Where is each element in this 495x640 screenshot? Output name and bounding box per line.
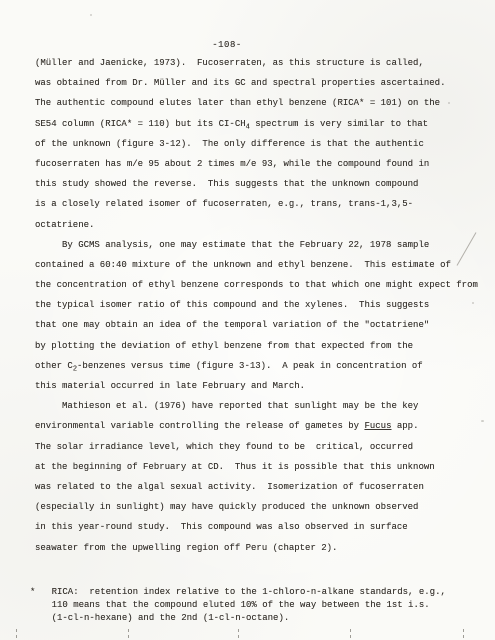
fold-mark [238,629,239,638]
footnote-line: * RICA: retention index relative to the … [30,586,490,599]
text-segment: contained a 60:40 mixture of the unknown… [35,260,451,270]
text-segment: was related to the algal sexual activity… [35,482,424,492]
body-text-line: this study showed the reverse. This sugg… [35,174,490,194]
body-text-line: the concentration of ethyl benzene corre… [35,275,490,295]
body-text-line: Mathieson et al. (1976) have reported th… [35,396,490,416]
page-number: -108- [212,40,242,50]
text-segment: * RICA: retention index relative to the … [30,587,446,597]
text-segment: that one may obtain an idea of the tempo… [35,320,429,330]
body-text-line: was obtained from Dr. Müller and its GC … [35,73,490,93]
text-segment: at the beginning of February at CD. Thus… [35,462,435,472]
body-text-line: of the unknown (figure 3-12). The only d… [35,134,490,154]
text-segment: was obtained from Dr. Müller and its GC … [35,78,445,88]
fold-mark [463,629,464,638]
text-segment: (1-cl-n-hexane) and the 2nd (1-cl-n-octa… [30,613,289,623]
body-text-line: contained a 60:40 mixture of the unknown… [35,255,490,275]
body-text-line: SE54 column (RICA* = 110) but its CI-CH4… [35,114,490,134]
body-text-line: The solar irradiance level, which they f… [35,437,490,457]
body-text-line: fucoserraten has m/e 95 about 2 times m/… [35,154,490,174]
body-text-line: at the beginning of February at CD. Thus… [35,457,490,477]
text-segment: environmental variable controlling the r… [35,421,364,431]
body-text-line: the typical isomer ratio of this compoun… [35,295,490,315]
scanned-document-page: -108- (Müller and Jaenicke, 1973). Fucos… [0,0,495,640]
footnote: * RICA: retention index relative to the … [30,586,490,625]
text-segment: Fucus [364,421,391,431]
footnote-line: 110 means that the compound eluted 10% o… [30,599,490,612]
body-text-line: octatriene. [35,215,490,235]
body-text-line: that one may obtain an idea of the tempo… [35,315,490,335]
scan-speck [90,14,92,16]
text-segment: by plotting the deviation of ethyl benze… [35,341,413,351]
text-segment: -benzenes versus time (figure 3-13). A p… [77,361,423,371]
body-text-line: (especially in sunlight) may have quickl… [35,497,490,517]
text-segment: (especially in sunlight) may have quickl… [35,502,418,512]
body-text-line: The authentic compound elutes later than… [35,93,490,113]
document-body: (Müller and Jaenicke, 1973). Fucoserrate… [35,53,490,558]
text-segment: spectrum is very similar to that [250,119,428,129]
scan-speck [448,102,450,104]
scan-speck [472,302,474,304]
text-segment: app. [391,421,418,431]
text-segment: Mathieson et al. (1976) have reported th… [35,401,418,411]
body-text-line: other C2-benzenes versus time (figure 3-… [35,356,490,376]
body-text-line: environmental variable controlling the r… [35,416,490,436]
text-segment: fucoserraten has m/e 95 about 2 times m/… [35,159,429,169]
body-text-line: in this year-round study. This compound … [35,517,490,537]
body-text-line: was related to the algal sexual activity… [35,477,490,497]
scan-speck [481,420,484,422]
text-segment: SE54 column (RICA* = 110) but its CI-CH [35,119,246,129]
text-segment: is a closely related isomer of fucoserra… [35,199,413,209]
text-segment: The authentic compound elutes later than… [35,98,440,108]
text-segment: octatriene. [35,220,94,230]
text-segment: other C [35,361,73,371]
body-text-line: by plotting the deviation of ethyl benze… [35,336,490,356]
body-text-line: (Müller and Jaenicke, 1973). Fucoserrate… [35,53,490,73]
body-text-line: this material occurred in late February … [35,376,490,396]
fold-mark [16,629,17,638]
text-segment: the concentration of ethyl benzene corre… [35,280,478,290]
text-segment: this material occurred in late February … [35,381,305,391]
body-text-line: By GCMS analysis, one may estimate that … [35,235,490,255]
text-segment: in this year-round study. This compound … [35,522,408,532]
footnote-line: (1-cl-n-hexane) and the 2nd (1-cl-n-octa… [30,612,490,625]
text-segment: seawater from the upwelling region off P… [35,543,337,553]
text-segment: The solar irradiance level, which they f… [35,442,413,452]
body-text-line: is a closely related isomer of fucoserra… [35,194,490,214]
fold-mark [350,629,351,638]
text-segment: 110 means that the compound eluted 10% o… [30,600,430,610]
body-text-line: seawater from the upwelling region off P… [35,538,490,558]
fold-mark [128,629,129,638]
text-segment: (Müller and Jaenicke, 1973). Fucoserrate… [35,58,424,68]
text-segment: By GCMS analysis, one may estimate that … [35,240,429,250]
text-segment: the typical isomer ratio of this compoun… [35,300,429,310]
text-segment: this study showed the reverse. This sugg… [35,179,418,189]
text-segment: of the unknown (figure 3-12). The only d… [35,139,424,149]
